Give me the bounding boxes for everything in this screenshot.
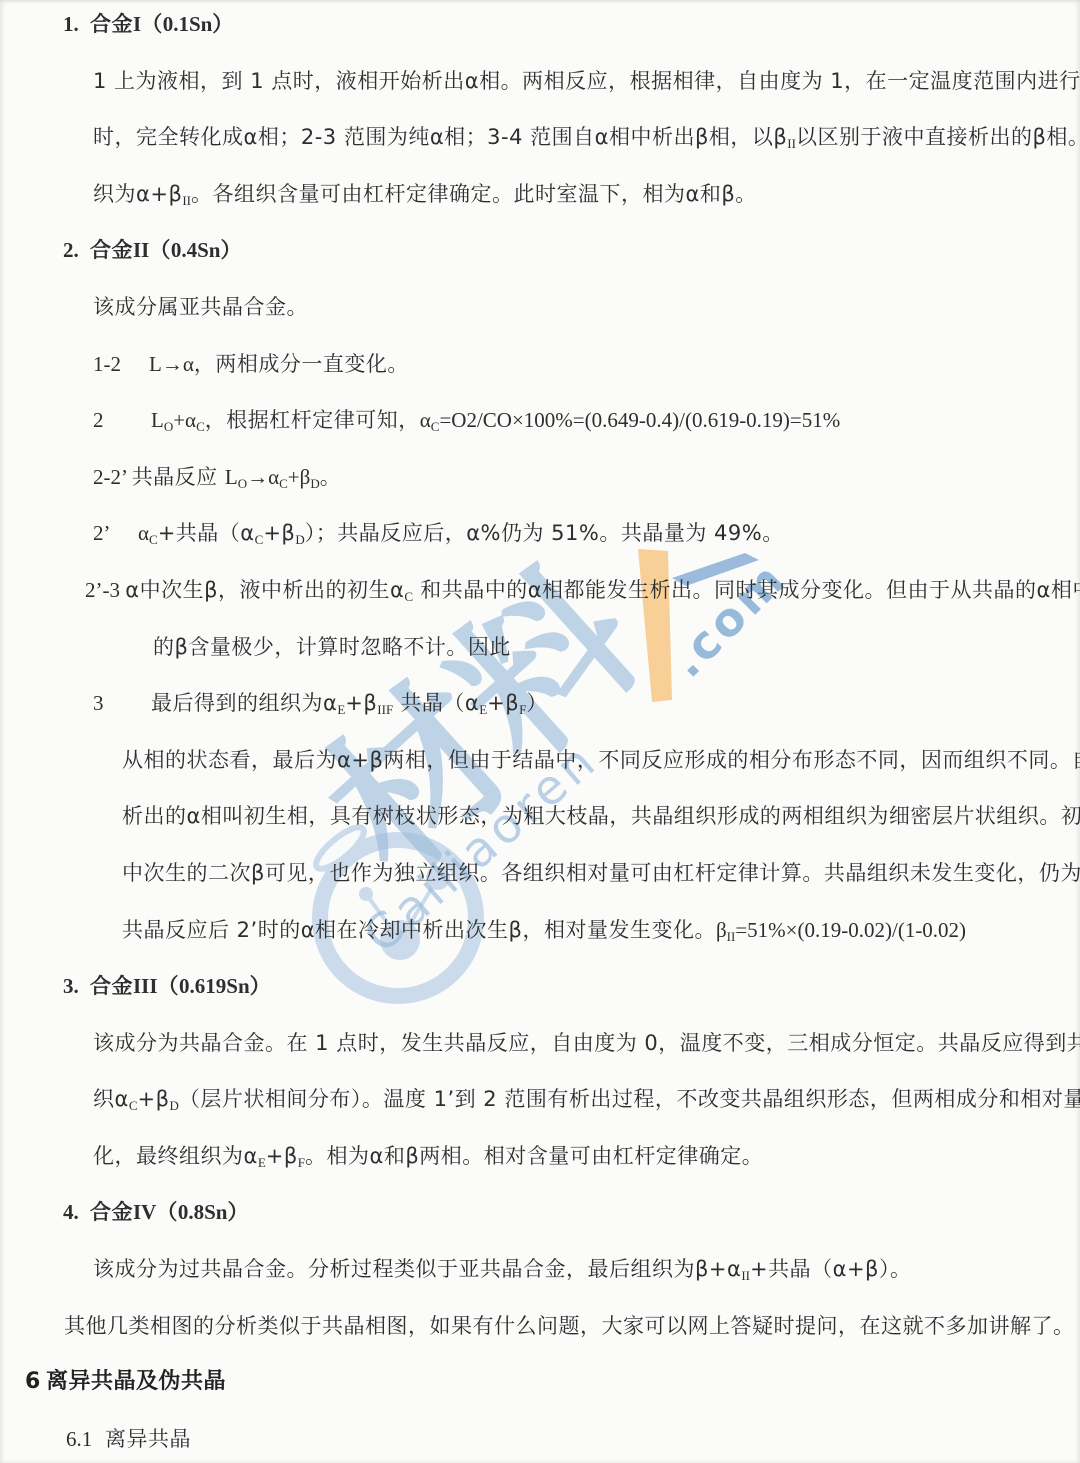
text-line: 2LO+αC，根据杠杆定律可知，αC=O2/CO×100%=(0.649-0.4… [0,392,1080,449]
text-segment: 3. [63,958,90,1015]
text-segment: ）；共晶反应后，α%仍为 51%。共晶量为 49%。 [305,521,784,545]
text-line: 该成分属亚共晶合金。 [0,279,1080,336]
text-segment: +共晶（α+β）。 [750,1257,911,1281]
text-segment: +β [138,1087,170,1111]
text-segment: =O2/CO×100%=(0.649-0.4)/(0.619-0.19)=51% [439,408,840,432]
text-segment: +β [288,465,311,489]
text-segment: 0.1Sn [163,12,213,36]
text-segment: ） [250,974,272,998]
subscript-text: D [295,532,304,547]
text-line: 该成分为共晶合金。在 1 点时，发生共晶反应，自由度为 0，温度不变，三相成分恒… [0,1015,1080,1072]
text-segment: 6 [25,1354,46,1411]
text-segment: ，根据杠杆定律可知， [205,408,420,432]
text-segment: ） [220,238,242,262]
text-segment: L→α [149,352,194,376]
page-root: { "watermark": { "brand_cn": "材料", "bran… [0,0,1080,1463]
subscript-text: II [787,136,796,151]
text-segment: α [138,521,149,545]
text-segment: 共晶反应后 2’时的α相在冷却中析出次生β，相对量发生变化。 [122,918,716,942]
text-line: 织为α+βII。各组织含量可由杠杆定律确定。此时室温下，相为α和β。 [0,166,1080,223]
heading-line: 2.合金II（0.4Sn） [0,222,1080,279]
text-segment: 2’-3 [85,578,125,602]
text-segment: ） [227,1200,249,1224]
text-segment: 该成分为过共晶合金。分析过程类似于亚共晶合金，最后组织为β+α [93,1257,741,1281]
text-segment: 。各组织含量可由杠杆定律确定。此时室温下，相为α和β。 [191,182,757,206]
heading-line: 1.合金I（0.1Sn） [0,0,1080,53]
subscript-text: O [238,476,247,491]
text-segment: 该成分属亚共晶合金。 [93,295,308,319]
text-segment: +共晶（α [158,521,255,545]
text-segment: 0.619Sn [179,974,250,998]
text-segment: 4. [63,1184,90,1241]
text-line: 2’-3 α中次生β，液中析出的初生αC 和共晶中的α相都能发生析出。同时其成分… [0,562,1080,619]
text-segment: +α [173,408,196,432]
text-segment: 离异共晶及伪共晶 [46,1369,226,1394]
text-segment: II [133,238,149,262]
text-line: 中次生的二次β可见，也作为独立组织。各组织相对量可由杠杆定律计算。共晶组织未发生… [0,845,1080,902]
text-line: 6.1离异共晶 [0,1411,1080,1463]
text-line: 从相的状态看，最后为α+β两相，但由于结晶中，不同反应形成的相分布形态不同，因而… [0,732,1080,789]
subscript-text: C [196,419,205,434]
text-segment: 6.1 [66,1411,105,1463]
text-line: 该成分为过共晶合金。分析过程类似于亚共晶合金，最后组织为β+αII+共晶（α+β… [0,1241,1080,1298]
text-segment: 1 上为液相，到 1 点时，液相开始析出α相。两相反应，根据相律，自由度为 1，… [93,69,1080,93]
text-segment: IV [133,1200,156,1224]
subscript-text: II [741,1268,750,1283]
text-segment: 的β含量极少，计算时忽略不计。因此 [153,635,511,659]
subscript-text: E [258,1155,266,1170]
heading-line: 3.合金III（0.619Sn） [0,958,1080,1015]
text-segment: 0.4Sn [171,238,221,262]
subscript-text: C [255,532,264,547]
text-segment: （ [158,974,180,998]
text-segment: 2’ [93,505,138,562]
text-segment: 合金 [90,12,133,36]
subscript-text: C [129,1098,138,1113]
text-segment: 合金 [90,974,133,998]
text-segment: 2-2’ [93,465,132,489]
text-segment: +β [263,521,295,545]
subscript-text: F [298,1155,305,1170]
subscript-text: C [279,476,288,491]
text-segment: 从相的状态看，最后为α+β两相，但由于结晶中，不同反应形成的相分布形态不同，因而… [122,748,1080,772]
text-segment: 1. [63,0,90,53]
text-segment: L [151,408,164,432]
text-segment: 织α [93,1087,129,1111]
text-segment: 该成分为共晶合金。在 1 点时，发生共晶反应，自由度为 0，温度不变，三相成分恒… [93,1031,1080,1055]
text-segment: 。 [320,465,342,489]
text-segment: 和共晶中的α相都能发生析出。同时其成分变化。但由于从共晶的α相中析出 [413,578,1080,602]
text-segment: 以区别于液中直接析出的β相。室温组 [796,125,1080,149]
text-segment: L [225,465,238,489]
text-line: 析出的α相叫初生相，具有树枝状形态，为粗大枝晶，共晶组织形成的两相组织为细密层片… [0,788,1080,845]
text-segment: +β [266,1144,298,1168]
text-line: 共晶反应后 2’时的α相在冷却中析出次生β，相对量发生变化。βII=51%×(0… [0,902,1080,959]
text-segment: （ [141,12,163,36]
text-segment: α [420,408,431,432]
text-segment: +β [345,691,377,715]
text-segment: （层片状相间分布）。温度 1’到 2 范围有析出过程，不改变共晶组织形态，但两相… [179,1087,1080,1111]
text-segment: ） [212,12,234,36]
heading-line: 4.合金IV（0.8Sn） [0,1184,1080,1241]
text-segment: 其他几类相图的分析类似于共晶相图，如果有什么问题，大家可以网上答疑时提问，在这就… [64,1314,1075,1338]
text-segment: 织为α+β [93,182,182,206]
subscript-text: II [182,193,191,208]
text-segment: III [133,974,158,998]
subscript-text: C [404,589,413,604]
subscript-text: D [170,1098,179,1113]
text-segment: 析出的α相叫初生相，具有树枝状形态，为粗大枝晶，共晶组织形成的两相组织为细密层片… [122,804,1080,828]
subscript-text: E [479,702,487,717]
subscript-text: C [149,532,158,547]
text-line: 的β含量极少，计算时忽略不计。因此 [0,619,1080,676]
text-segment: β [716,918,727,942]
document-body: 1.合金I（0.1Sn）1 上为液相，到 1 点时，液相开始析出α相。两相反应，… [0,0,1080,1463]
text-segment: （ [149,238,171,262]
text-segment: 时，完全转化成α相；2-3 范围为纯α相；3-4 范围自α相中析出β相，以β [93,125,787,149]
text-segment: I [133,12,141,36]
text-line: 2’αC+共晶（αC+βD）；共晶反应后，α%仍为 51%。共晶量为 49%。 [0,505,1080,562]
text-segment: +β [487,691,519,715]
text-segment: →α [247,465,279,489]
text-segment: 离异共晶 [105,1427,191,1451]
text-line: 3最后得到的组织为αE+βIIF 共晶（αE+βF） [0,675,1080,732]
text-segment: （ [156,1200,178,1224]
subscript-text: IIF [377,702,393,717]
subscript-text: O [164,419,173,434]
text-segment: 0.8Sn [178,1200,228,1224]
text-segment: 共晶（α [393,691,479,715]
text-line: 2-2’ 共晶反应 LO→αC+βD。 [0,449,1080,506]
subscript-text: D [310,476,319,491]
text-segment: 化，最终组织为α [93,1144,258,1168]
text-line: 其他几类相图的分析类似于共晶相图，如果有什么问题，大家可以网上答疑时提问，在这就… [0,1298,1080,1355]
text-segment: α中次生β，液中析出的初生α [125,578,404,602]
text-segment: 1-2 [93,336,149,393]
text-segment: 3 [93,675,151,732]
text-segment: 合金 [90,1200,133,1224]
text-segment: =51%×(0.19-0.02)/(1-0.02) [735,918,966,942]
text-segment: 。相为α和β两相。相对含量可由杠杆定律确定。 [305,1144,763,1168]
text-segment: ） [526,691,548,715]
text-line: 1 上为液相，到 1 点时，液相开始析出α相。两相反应，根据相律，自由度为 1，… [0,53,1080,110]
text-segment: 2. [63,222,90,279]
text-segment: 2 [93,392,151,449]
text-segment: 最后得到的组织为α [151,691,337,715]
text-line: 化，最终组织为αE+βF。相为α和β两相。相对含量可由杠杆定律确定。 [0,1128,1080,1185]
text-segment: 共晶反应 [132,465,225,489]
text-segment: 合金 [90,238,133,262]
text-segment: ，两相成分一直变化。 [194,352,409,376]
text-line: 时，完全转化成α相；2-3 范围为纯α相；3-4 范围自α相中析出β相，以βII… [0,109,1080,166]
text-segment: 中次生的二次β可见，也作为独立组织。各组织相对量可由杠杆定律计算。共晶组织未发生… [122,861,1080,885]
text-line: 织αC+βD（层片状相间分布）。温度 1’到 2 范围有析出过程，不改变共晶组织… [0,1071,1080,1128]
text-line: 1-2L→α，两相成分一直变化。 [0,336,1080,393]
heading-line: 6离异共晶及伪共晶 [0,1354,1080,1411]
